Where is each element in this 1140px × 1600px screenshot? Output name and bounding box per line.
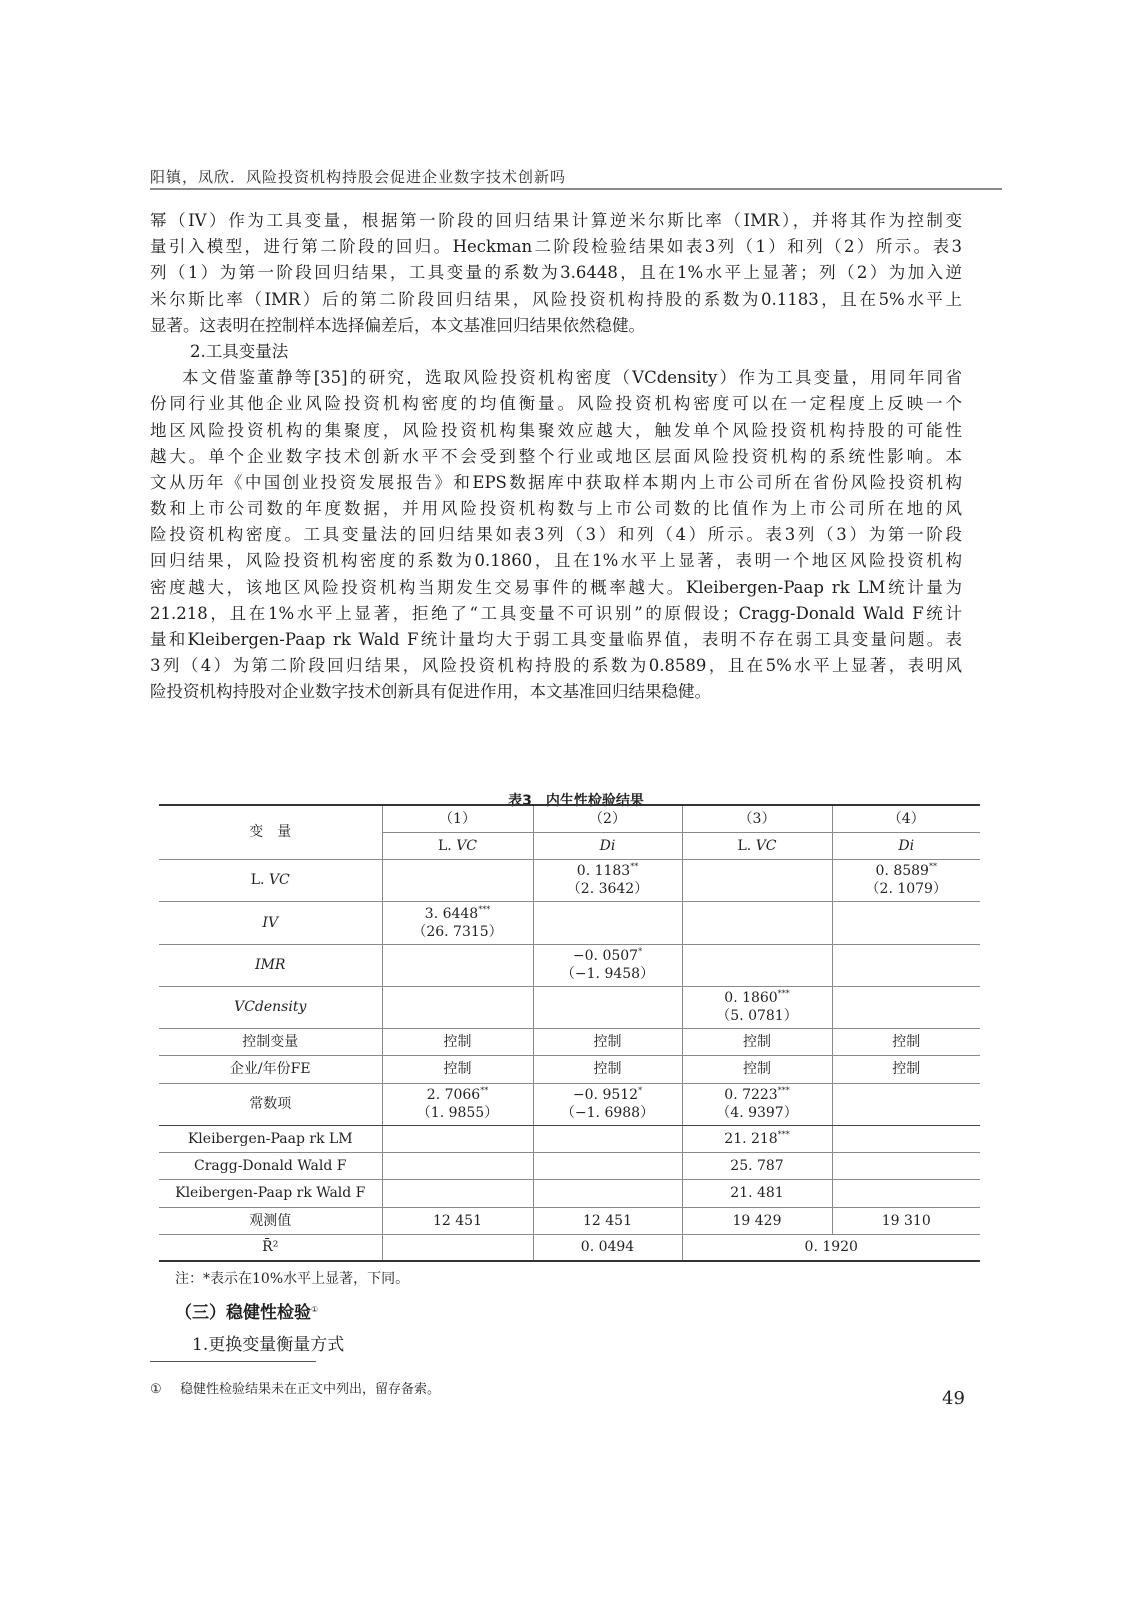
table-row: Kleibergen-Paap rk Wald F 21. 481 xyxy=(159,1179,980,1207)
text-line: 数和上市公司数的年度数据，并用风险投资机构数与上市公司数的比值作为上市公司所在地… xyxy=(150,496,962,522)
text-line: 米尔斯比率（IMR）后的第二阶段回归结果，风险投资机构持股的系数为0.1183，… xyxy=(150,287,962,313)
table-cell: 2. 7066**（1. 9855） xyxy=(382,1083,533,1125)
col-depvar: Di xyxy=(832,832,980,859)
col-depvar: L. VC xyxy=(382,832,533,859)
text-line: 险投资机构持股对企业数字技术创新具有促进作用，本文基准回归结果稳健。 xyxy=(150,679,962,705)
table-row: VCdensity 0. 1860***（5. 0781） xyxy=(159,986,980,1028)
table-cell: −0. 0507*（−1. 9458） xyxy=(533,944,682,986)
table-cell: 控制 xyxy=(832,1028,980,1055)
table-cell xyxy=(832,944,980,986)
results-table: 变 量 （1） （2） （3） （4） L. VC Di L. VC Di L.… xyxy=(159,804,980,1262)
table-cell xyxy=(682,859,832,901)
table-row: IV 3. 6448***（26. 7315） xyxy=(159,901,980,944)
table-cell xyxy=(533,986,682,1028)
col-number: （2） xyxy=(533,805,682,832)
text-line: 幂（IV）作为工具变量，根据第一阶段的回归结果计算逆米尔斯比率（IMR），并将其… xyxy=(150,208,962,234)
text-line: 量引入模型，进行第二阶段的回归。Heckman二阶段检验结果如表3列（1）和列（… xyxy=(150,234,962,260)
table-cell: 0. 7223***（4. 9397） xyxy=(682,1083,832,1125)
table-row: Cragg-Donald Wald F 25. 787 xyxy=(159,1152,980,1179)
section-heading: （三）稳健性检验① xyxy=(175,1298,318,1323)
text-line: 密度越大，该地区风险投资机构当期发生交易事件的概率越大。Kleibergen-P… xyxy=(150,575,962,601)
text-line: 3列（4）为第二阶段回归结果，风险投资机构持股的系数为0.8589，且在5%水平… xyxy=(150,653,962,679)
table-cell: 3. 6448***（26. 7315） xyxy=(382,901,533,944)
table-cell xyxy=(832,901,980,944)
table-cell xyxy=(382,1125,533,1152)
table-cell: 控制 xyxy=(533,1028,682,1055)
table-cell: 19 310 xyxy=(832,1207,980,1234)
table-cell xyxy=(682,901,832,944)
table-cell xyxy=(832,1125,980,1152)
header-rule xyxy=(150,188,1002,190)
row-label: 观测值 xyxy=(159,1207,382,1234)
table-cell: 控制 xyxy=(382,1028,533,1055)
text-line: 量和Kleibergen-Paap rk Wald F统计量均大于弱工具变量临界… xyxy=(150,627,962,653)
table-cell xyxy=(382,859,533,901)
footnote-rule xyxy=(150,1361,316,1362)
row-label: Kleibergen-Paap rk LM xyxy=(159,1125,382,1152)
table-cell xyxy=(832,1179,980,1207)
table-cell: 控制 xyxy=(382,1055,533,1083)
row-label: Cragg-Donald Wald F xyxy=(159,1152,382,1179)
table-row: L. VC 0. 1183**（2. 3642） 0. 8589**（2. 10… xyxy=(159,859,980,901)
table-cell: 21. 481 xyxy=(682,1179,832,1207)
table-cell: 12 451 xyxy=(533,1207,682,1234)
table-cell xyxy=(533,901,682,944)
table-row: R̄² 0. 0494 0. 1920 xyxy=(159,1234,980,1261)
table-cell xyxy=(533,1152,682,1179)
col-number: （4） xyxy=(832,805,980,832)
table-row: 观测值 12 451 12 451 19 429 19 310 xyxy=(159,1207,980,1234)
table-cell xyxy=(682,944,832,986)
row-label: 常数项 xyxy=(159,1083,382,1125)
table-cell xyxy=(382,1179,533,1207)
table-cell: 21. 218*** xyxy=(682,1125,832,1152)
table-cell: 12 451 xyxy=(382,1207,533,1234)
row-label: IMR xyxy=(159,944,382,986)
table-cell xyxy=(382,1234,533,1261)
table-cell: 0. 1860***（5. 0781） xyxy=(682,986,832,1028)
subheading-instrumental-variable: 2.工具变量法 xyxy=(150,339,962,365)
text-line: 21.218，且在1%水平上显著，拒绝了“工具变量不可识别”的原假设；Cragg… xyxy=(150,601,962,627)
table-cell xyxy=(533,1179,682,1207)
table-cell xyxy=(533,1125,682,1152)
row-label: R̄² xyxy=(159,1234,382,1261)
table-row: 控制变量 控制 控制 控制 控制 xyxy=(159,1028,980,1055)
table-cell xyxy=(382,986,533,1028)
footnote-mark: ① xyxy=(311,1305,318,1314)
table-cell: 25. 787 xyxy=(682,1152,832,1179)
text-line: 列（1）为第一阶段回归结果，工具变量的系数为3.6448，且在1%水平上显著；列… xyxy=(150,260,962,286)
table-cell: 控制 xyxy=(533,1055,682,1083)
table-cell: −0. 9512*（−1. 6988） xyxy=(533,1083,682,1125)
page-number: 49 xyxy=(942,1388,965,1409)
row-label: L. VC xyxy=(159,859,382,901)
table-cell: 控制 xyxy=(832,1055,980,1083)
row-label: 企业/年份FE xyxy=(159,1055,382,1083)
header-variable: 变 量 xyxy=(159,805,382,859)
text-line: 份同行业其他企业风险投资机构密度的均值衡量。风险投资机构密度可以在一定程度上反映… xyxy=(150,391,962,417)
col-number: （1） xyxy=(382,805,533,832)
footnote: ①稳健性检验结果未在正文中列出，留存备索。 xyxy=(150,1378,440,1397)
table-cell xyxy=(832,1152,980,1179)
table-cell xyxy=(832,986,980,1028)
table-cell: 0. 1920 xyxy=(682,1234,980,1261)
table-cell: 19 429 xyxy=(682,1207,832,1234)
row-label: IV xyxy=(159,901,382,944)
table-cell: 控制 xyxy=(682,1055,832,1083)
table-cell: 0. 0494 xyxy=(533,1234,682,1261)
text-line: 本文借鉴董静等[35]的研究，选取风险投资机构密度（VCdensity）作为工具… xyxy=(150,365,962,391)
table-cell xyxy=(832,1083,980,1125)
table-row: IMR −0. 0507*（−1. 9458） xyxy=(159,944,980,986)
text-line: 地区风险投资机构的集聚度，风险投资机构集聚效应越大，触发单个风险投资机构持股的可… xyxy=(150,418,962,444)
text-line: 越大。单个企业数字技术创新水平不会受到整个行业或地区层面风险投资机构的系统性影响… xyxy=(150,444,962,470)
col-depvar: L. VC xyxy=(682,832,832,859)
table-row: Kleibergen-Paap rk LM 21. 218*** xyxy=(159,1125,980,1152)
text-line: 显著。这表明在控制样本选择偏差后，本文基准回归结果依然稳健。 xyxy=(150,313,962,339)
row-label: VCdensity xyxy=(159,986,382,1028)
subsection-heading: 1.更换变量衡量方式 xyxy=(192,1330,344,1355)
running-head: 阳镇，凤欣．风险投资机构持股会促进企业数字技术创新吗 xyxy=(150,166,1002,187)
body-paragraphs: 幂（IV）作为工具变量，根据第一阶段的回归结果计算逆米尔斯比率（IMR），并将其… xyxy=(150,208,962,706)
col-number: （3） xyxy=(682,805,832,832)
text-line: 回归结果，风险投资机构密度的系数为0.1860，且在1%水平上显著，表明一个地区… xyxy=(150,548,962,574)
text-line: 险投资机构密度。工具变量法的回归结果如表3列（3）和列（4）所示。表3列（3）为… xyxy=(150,522,962,548)
col-depvar: Di xyxy=(533,832,682,859)
text-line: 文从历年《中国创业投资发展报告》和EPS数据库中获取样本期内上市公司所在省份风险… xyxy=(150,470,962,496)
row-label: 控制变量 xyxy=(159,1028,382,1055)
table-cell: 0. 8589**（2. 1079） xyxy=(832,859,980,901)
row-label: Kleibergen-Paap rk Wald F xyxy=(159,1179,382,1207)
table-cell xyxy=(382,1152,533,1179)
table-cell: 0. 1183**（2. 3642） xyxy=(533,859,682,901)
table-row: 企业/年份FE 控制 控制 控制 控制 xyxy=(159,1055,980,1083)
table-note: 注：*表示在10%水平上显著，下同。 xyxy=(175,1268,409,1288)
table-row: 常数项 2. 7066**（1. 9855） −0. 9512*（−1. 698… xyxy=(159,1083,980,1125)
table-cell xyxy=(382,944,533,986)
table-cell: 控制 xyxy=(682,1028,832,1055)
